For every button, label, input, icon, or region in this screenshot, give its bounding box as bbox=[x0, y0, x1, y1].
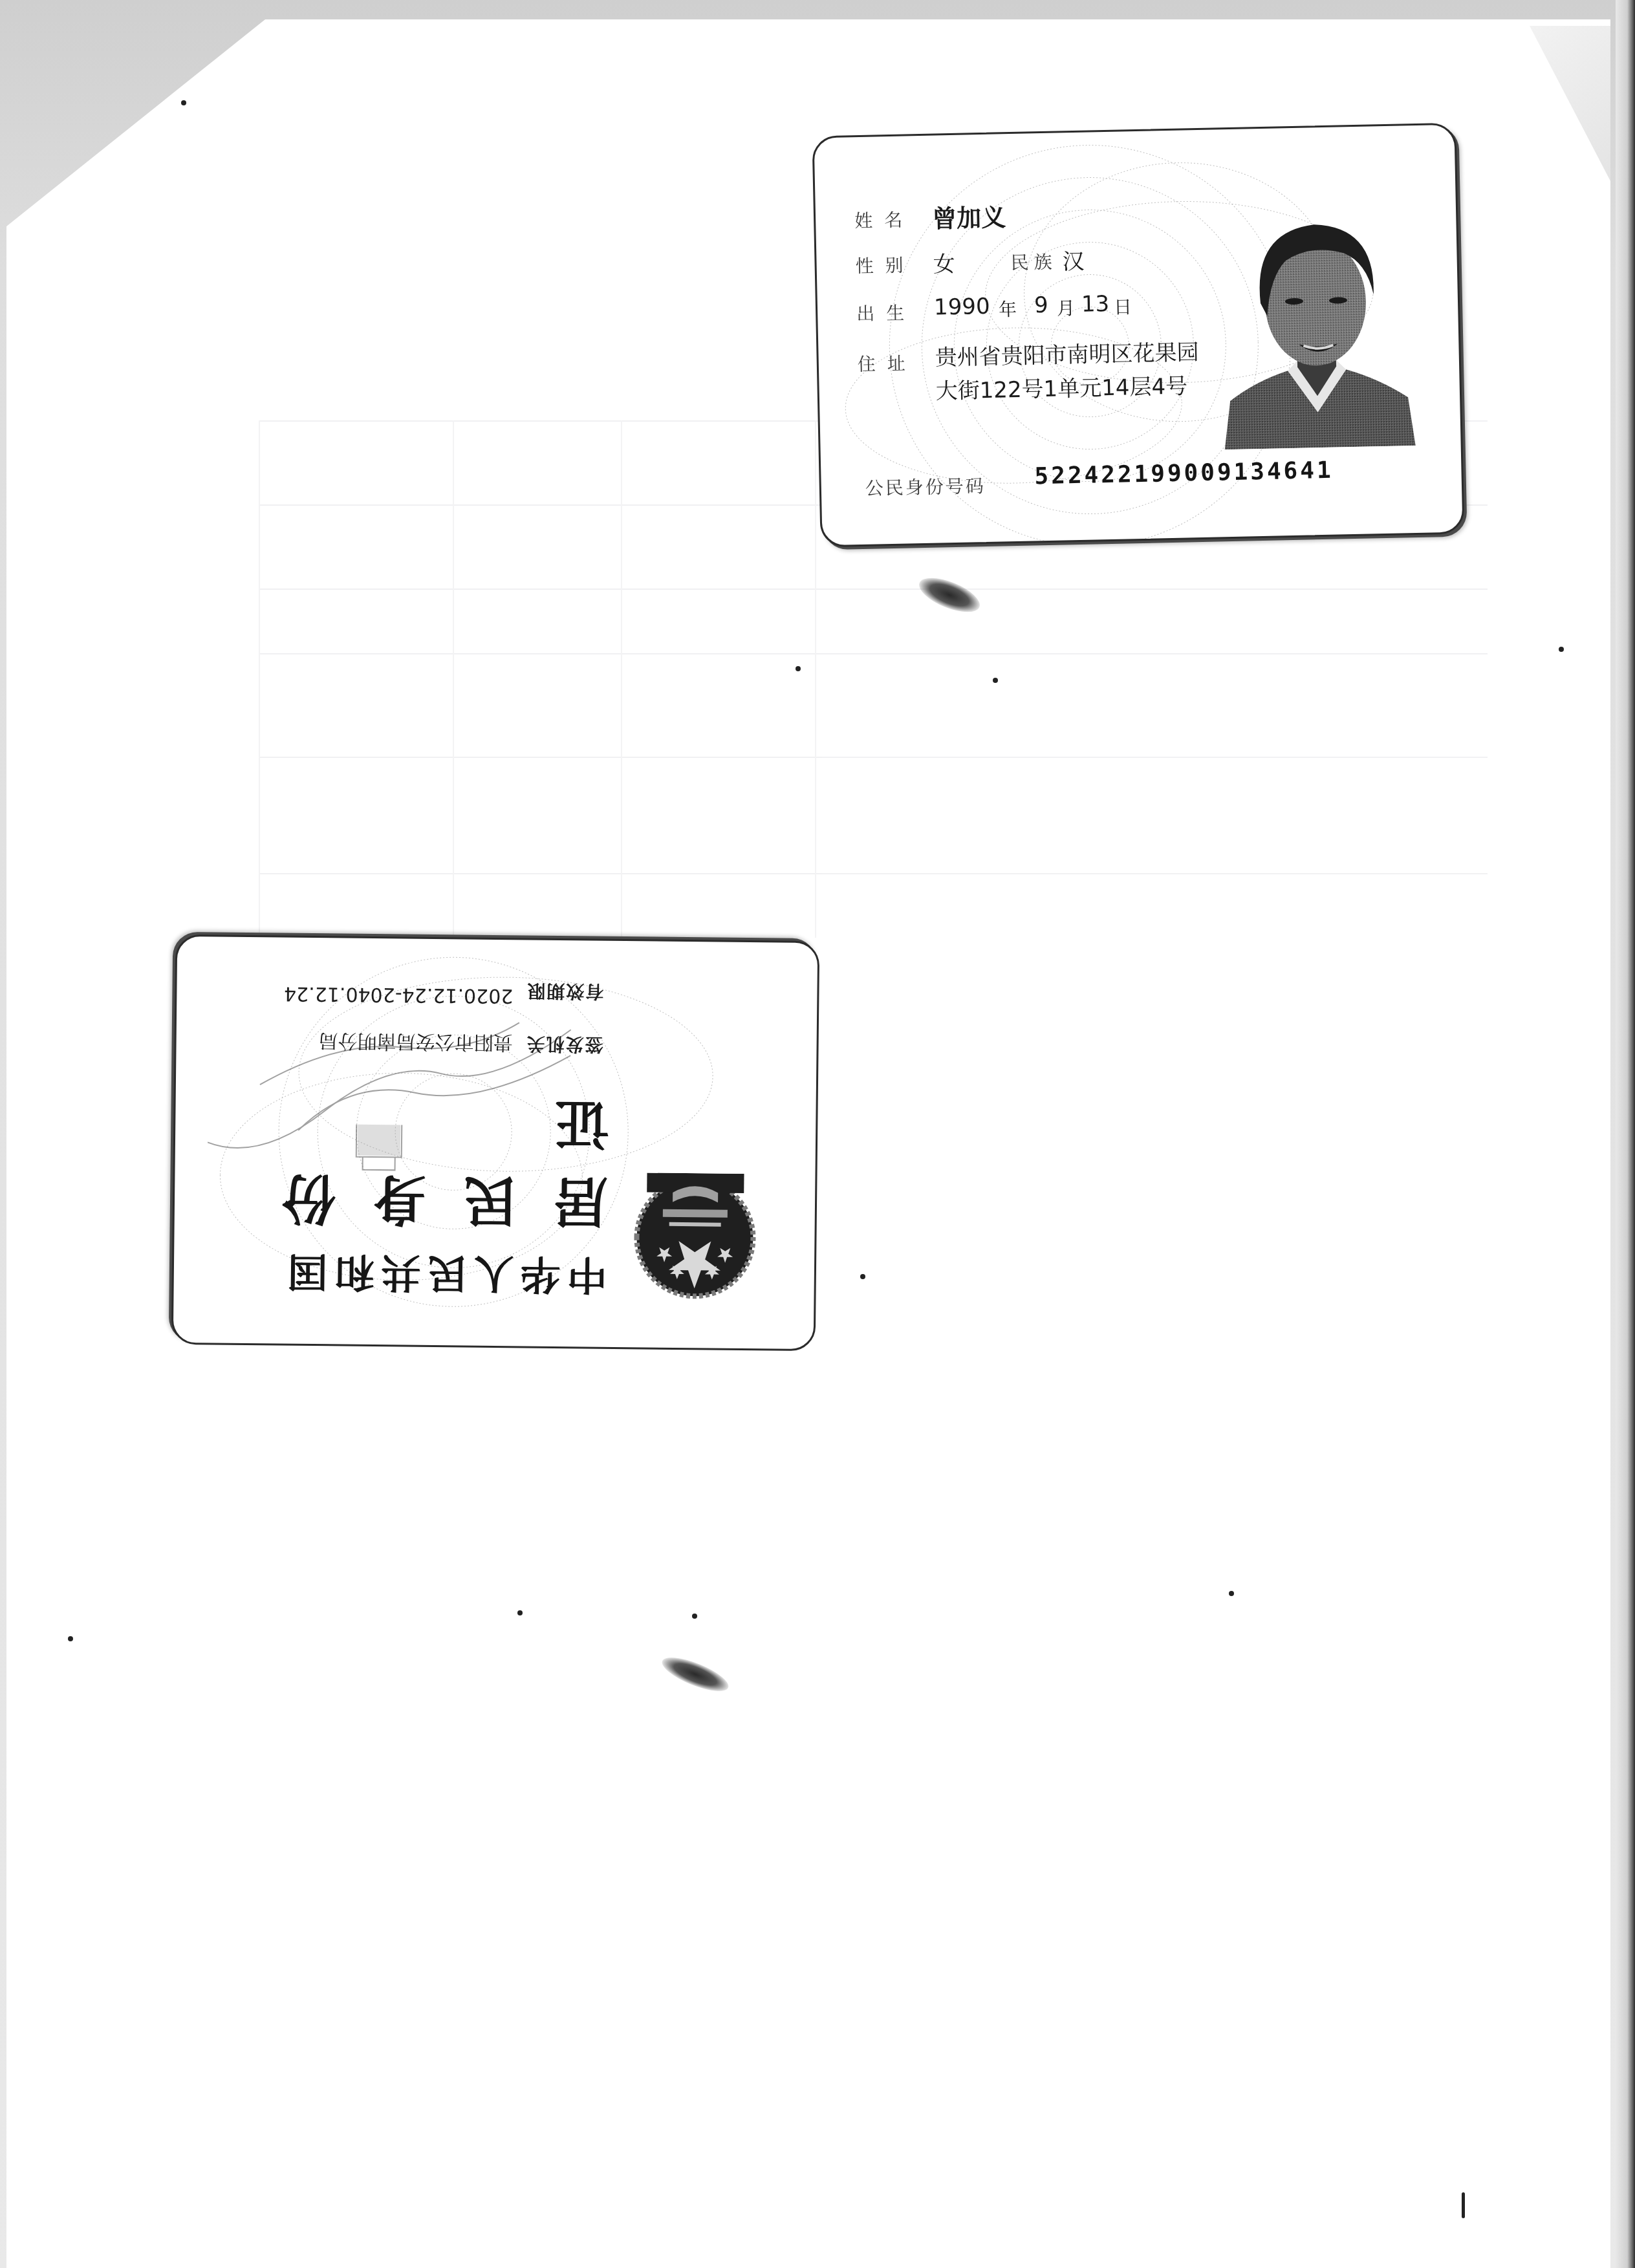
portrait-photo bbox=[1213, 203, 1419, 449]
birth-month: 9 bbox=[1034, 292, 1048, 318]
sex-label: 性别 bbox=[855, 251, 915, 278]
birth-month-unit: 月 bbox=[1057, 294, 1076, 321]
country-name: 中华人民共和国 bbox=[281, 1246, 607, 1307]
issuing-authority-label: 签发机关 bbox=[525, 1031, 603, 1058]
scan-speck bbox=[1559, 647, 1564, 652]
scan-speck bbox=[860, 1274, 865, 1279]
scan-speck bbox=[796, 666, 801, 671]
id-number-value: 522422199009134641 bbox=[1034, 457, 1334, 490]
address-label: 住址 bbox=[857, 349, 917, 376]
card-title: 居民身份证 bbox=[174, 1084, 609, 1245]
birth-day: 13 bbox=[1081, 291, 1110, 318]
validity-label: 有效期限 bbox=[526, 978, 603, 1005]
scan-speck bbox=[1229, 1591, 1234, 1596]
id-card-front: 姓名 曾加义 性别 女 民族 汉 出生 1990 年 9 月 13 日 住址 贵… bbox=[812, 123, 1464, 548]
id-number-label: 公民身份号码 bbox=[865, 472, 986, 501]
address-value: 贵州省贵阳市南明区花果园大街122号1单元14层4号 bbox=[935, 336, 1207, 409]
scan-speck bbox=[181, 100, 186, 105]
national-emblem-icon bbox=[633, 1172, 757, 1303]
scan-speck bbox=[1462, 2192, 1465, 2218]
name-label: 姓名 bbox=[854, 206, 915, 233]
birth-label: 出生 bbox=[856, 299, 916, 326]
ethnicity-label: 民族 bbox=[1010, 248, 1057, 275]
paper-right-edge-shadow bbox=[1616, 0, 1635, 2268]
sex-value: 女 bbox=[933, 246, 955, 279]
ethnicity-value: 汉 bbox=[1062, 244, 1085, 276]
id-card-back: 中华人民共和国 居民身份证 签发机关 贵阳市公安局南明分局 有效期限 2020.… bbox=[171, 934, 820, 1351]
issuing-authority-value: 贵阳市公安局南明分局 bbox=[318, 1028, 512, 1059]
birth-year-unit: 年 bbox=[999, 296, 1017, 322]
scan-speck bbox=[692, 1614, 697, 1619]
validity-value: 2020.12.24-2040.12.24 bbox=[284, 982, 514, 1008]
scan-speck bbox=[993, 678, 998, 683]
name-value: 曾加义 bbox=[932, 197, 1006, 234]
birth-day-unit: 日 bbox=[1114, 293, 1132, 319]
scan-speck bbox=[517, 1610, 523, 1615]
scan-speck bbox=[68, 1636, 73, 1641]
birth-year: 1990 bbox=[934, 294, 990, 321]
